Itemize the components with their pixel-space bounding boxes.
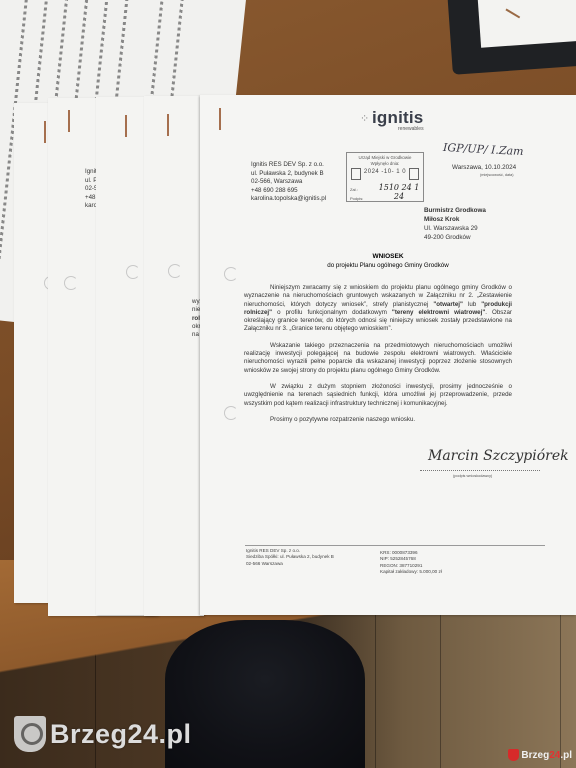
punch-hole-icon — [224, 406, 238, 420]
footer-divider — [245, 545, 545, 546]
wm-part-accent: 24 — [549, 750, 560, 761]
brzeg24-shield-icon — [14, 716, 46, 752]
ignitis-logo-text: ignitis — [372, 108, 423, 128]
coat-of-arms-icon — [409, 168, 419, 180]
ignitis-logo-tagline: renewables — [398, 126, 424, 132]
place-date-label: (miejscowość, data) — [480, 173, 514, 177]
footer-capital: Kapitał zakładowy: 5.000,00 zł — [380, 569, 442, 575]
staple-icon — [219, 108, 221, 130]
brzeg24-shield-icon — [508, 749, 519, 761]
paragraph-3: W związku z dużym stopniem złożoności in… — [244, 383, 512, 408]
paragraph-2: Wskazanie takiego przeznaczenia na przed… — [244, 342, 512, 375]
punch-hole-icon — [224, 267, 238, 281]
p1-bold: "tereny elektrowni wiatrowej" — [392, 309, 485, 316]
sender-postal: 02-566, Warszawa — [251, 178, 326, 187]
watermark-small-text: Brzeg24.pl — [521, 750, 572, 761]
staple-icon — [167, 114, 169, 136]
sender-street: ul. Puławska 2, budynek B — [251, 170, 326, 179]
recipient-title: Burmistrz Grodkowa — [424, 206, 486, 215]
recipient-address: Burmistrz Grodkowa Miłosz Krok Ul. Warsz… — [424, 206, 486, 242]
footer-company-info: Ignitis RES DEV Sp. z o.o. Siedziba Spół… — [246, 548, 334, 567]
coat-of-arms-icon — [351, 168, 361, 180]
document-subtitle: do projektu Planu ogólnego Gminy Grodków — [288, 262, 488, 269]
wm-part: Brzeg — [521, 750, 549, 761]
p1-text: lub — [463, 301, 481, 308]
punch-hole-icon — [64, 276, 78, 290]
wm-part: .pl — [560, 750, 572, 761]
stamp-signature-label: Podpis: — [350, 196, 363, 201]
receipt-stamp: Urząd Miejski w Grodkowie Wpłynęło dnia:… — [346, 152, 424, 202]
signature-label: (podpis wnioskodawcy) — [453, 474, 492, 478]
footer-city: 02-566 Warszawa — [246, 561, 334, 567]
p1-text: o profilu funkcjonalnym dodatkowym — [272, 309, 392, 316]
footer-registry-info: KRS: 0000873396 NIP: 5252845768 REGON: 3… — [380, 550, 442, 575]
stamp-received: Wpłynęło dnia: — [347, 161, 423, 167]
stamp-attachments-value: 1510 24 1 24 — [375, 183, 423, 201]
document-title: WNIOSEK — [288, 253, 488, 260]
shoe — [165, 620, 365, 768]
punch-hole-icon — [126, 265, 140, 279]
signature-line — [420, 470, 540, 471]
watermark-small: Brzeg24.pl — [508, 749, 572, 761]
sender-address: Ignitis RES DEV Sp. z o.o. ul. Puławska … — [251, 161, 326, 204]
recipient-name: Miłosz Krok — [424, 215, 486, 224]
footer-seat: Siedziba Spółki: ul. Puławska 2, budynek… — [246, 554, 334, 560]
black-folder — [447, 0, 576, 75]
paragraph-1: Niniejszym zwracamy się z wnioskiem do p… — [244, 284, 512, 334]
folder-paper — [477, 0, 576, 48]
watermark-large: Brzeg24.pl — [14, 716, 192, 752]
staple-icon — [125, 115, 127, 137]
document-heading: WNIOSEK do projektu Planu ogólnego Gminy… — [288, 253, 488, 269]
stamp-attachments-label: Zał.: — [350, 187, 358, 192]
sheet-4: wyz nier roli okr na — [144, 96, 204, 616]
recipient-street: Ul. Warszawska 29 — [424, 224, 486, 233]
applicant-signature: Marcin Szczypiórek — [428, 448, 569, 464]
watermark-large-text: Brzeg24.pl — [50, 719, 192, 750]
sender-phone: +48 690 288 695 — [251, 187, 326, 196]
punch-hole-icon — [168, 264, 182, 278]
staple-icon — [68, 110, 70, 132]
paragraph-4: Prosimy o pozytywne rozpatrzenie naszego… — [244, 416, 512, 424]
sender-email: karolina.topolska@ignitis.pl — [251, 195, 326, 204]
document-body: Niniejszym zwracamy się z wnioskiem do p… — [244, 284, 512, 432]
place-date: Warszawa, 10.10.2024 — [452, 164, 516, 171]
staple-icon — [44, 121, 46, 143]
p1-bold: "otwartej" — [433, 301, 463, 308]
ignitis-logo-icon: ⁘ — [360, 112, 369, 125]
sender-company: Ignitis RES DEV Sp. z o.o. — [251, 161, 326, 170]
recipient-postal: 49-200 Grodków — [424, 233, 486, 242]
